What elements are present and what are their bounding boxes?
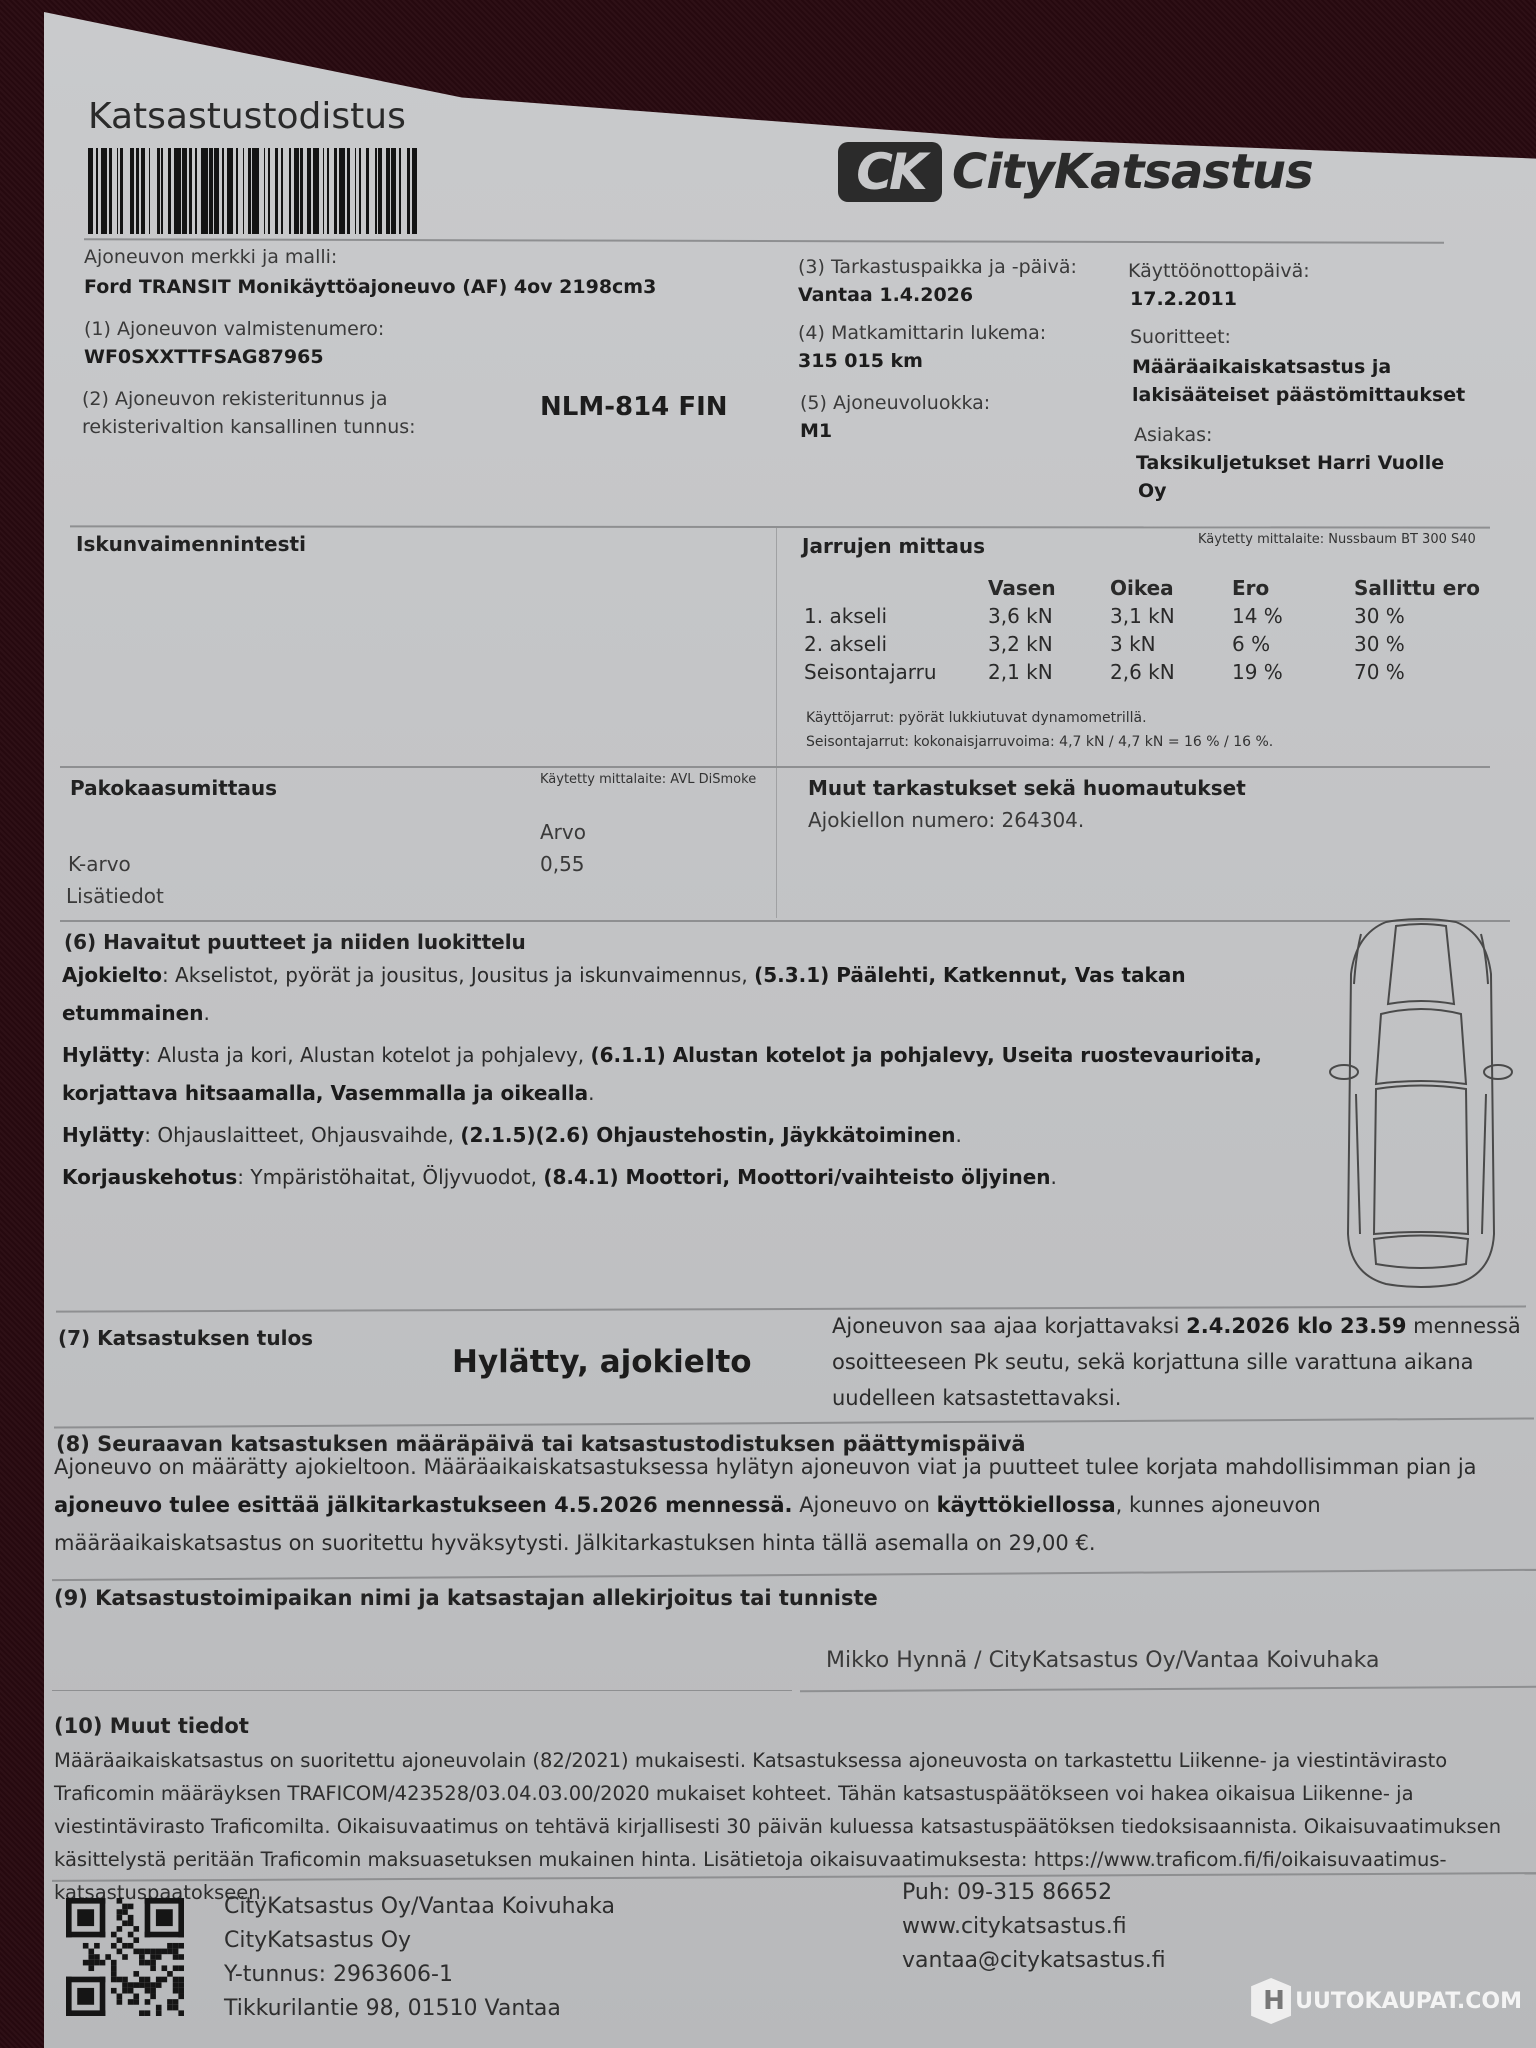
exhaust-device: Käytetty mittalaite: AVL DiSmoke [540,772,756,787]
brakes-note-2: Seisontajarrut: kokonaisjarruvoima: 4,7 … [806,734,1273,750]
next-inspection-deadline: ajoneuvo tulee esittää jälkitarkastuksee… [54,1493,793,1517]
brakes-table: VasenOikeaEroSallittu ero1. akseli3,6 kN… [804,574,1484,686]
signature-heading: (9) Katsastustoimipaikan nimi ja katsast… [54,1586,878,1610]
exhaust-extra-label: Lisätiedot [66,884,164,908]
other-info-heading: (10) Muut tiedot [54,1714,249,1738]
table-row: Seisontajarru2,1 kN2,6 kN19 %70 % [804,658,1484,686]
next-inspection-text-part: Ajoneuvo on määrätty ajokieltoon. Määräa… [54,1455,1477,1479]
defect-class: Hylätty [62,1123,144,1147]
result-note-deadline: 2.4.2026 klo 23.59 [1186,1314,1406,1338]
divider [60,920,1510,922]
qr-code-icon [66,1898,184,2016]
registration-label-line2: rekisterivaltion kansallinen tunnus: [82,416,416,438]
divider [776,528,777,918]
document-title: Katsastustodistus [88,96,406,137]
table-row: 2. akseli3,2 kN3 kN6 %30 % [804,630,1484,658]
brakes-header-row: VasenOikeaEroSallittu ero [804,574,1484,602]
odometer-label: (4) Matkamittarin lukema: [798,322,1046,344]
brand-logo: CK CityKatsastus [838,142,1313,202]
table-cell: 6 % [1232,630,1354,658]
defect-item: Hylätty: Ohjauslaitteet, Ohjausvaihde, (… [62,1116,1302,1154]
table-cell: 70 % [1354,658,1484,686]
column-header: Sallittu ero [1354,574,1484,602]
vin-value: WF0SXXTTFSAG87965 [84,346,324,368]
column-header [804,574,988,602]
brand-name: CityKatsastus [952,144,1313,200]
defect-detail: (8.4.1) Moottori, Moottori/vaihteisto öl… [543,1165,1050,1189]
place-date-value: Vantaa 1.4.2026 [798,284,973,306]
vehicle-class-value: M1 [800,420,832,442]
defect-item: Korjauskehotus: Ympäristöhaitat, Öljyvuo… [62,1158,1302,1196]
brakes-device: Käytetty mittalaite: Nussbaum BT 300 S40 [1198,532,1476,547]
column-header: Vasen [988,574,1110,602]
place-date-label: (3) Tarkastuspaikka ja -päivä: [798,256,1077,278]
defect-class: Hylätty [62,1043,144,1067]
defect-end: . [203,1001,209,1025]
table-cell: 3 kN [1110,630,1232,658]
address-line: CityKatsastus Oy/Vantaa Koivuhaka [224,1890,615,1924]
table-cell: 3,1 kN [1110,602,1232,630]
brand-mark-icon: CK [838,142,942,202]
performed-line2: lakisääteiset päästömittaukset [1132,384,1465,406]
brakes-note-1: Käyttöjarrut: pyörät lukkiutuvat dynamom… [806,710,1147,726]
email-link[interactable]: vantaa@citykatsastus.fi [902,1944,1166,1978]
column-header: Ero [1232,574,1354,602]
next-inspection-text: Ajoneuvo on määrätty ajokieltoon. Määräa… [54,1448,1536,1562]
table-cell: 30 % [1354,602,1484,630]
vin-label: (1) Ajoneuvon valmistenumero: [84,318,384,340]
table-row: 1. akseli3,6 kN3,1 kN14 %30 % [804,602,1484,630]
column-header: Oikea [1110,574,1232,602]
customer-label: Asiakas: [1134,424,1212,446]
table-cell: 2,6 kN [1110,658,1232,686]
defect-class: Ajokielto [62,963,162,987]
table-cell: 2,1 kN [988,658,1110,686]
defect-end: . [1051,1165,1057,1189]
table-cell: 2. akseli [804,630,988,658]
usage-ban-text: käyttökiellossa [937,1493,1116,1517]
defect-class: Korjauskehotus [62,1165,237,1189]
k-value-label: K-arvo [68,852,131,876]
table-cell: 3,6 kN [988,602,1110,630]
customer-line2: Oy [1138,480,1167,502]
table-cell: 14 % [1232,602,1354,630]
customer-line1: Taksikuljetukset Harri Vuolle [1136,452,1444,474]
defect-item: Hylätty: Alusta ja kori, Alustan kotelot… [62,1036,1302,1112]
make-model-value: Ford TRANSIT Monikäyttöajoneuvo (AF) 4ov… [84,276,656,298]
performed-label: Suoritteet: [1130,326,1231,348]
signature-line [52,1690,792,1691]
table-cell: 19 % [1232,658,1354,686]
exhaust-heading: Pakokaasumittaus [70,776,277,800]
other-info-text: Määräaikaiskatsastus on suoritettu ajone… [54,1744,1534,1909]
watermark: UUTOKAUPAT.COM [1251,1978,1522,2024]
defects-heading: (6) Havaitut puutteet ja niiden luokitte… [64,930,526,954]
website-link[interactable]: www.citykatsastus.fi [902,1910,1166,1944]
exhaust-value-header: Arvo [540,820,586,844]
next-inspection-text-part: Ajoneuvo on [793,1493,937,1517]
result-note: Ajoneuvon saa ajaa korjattavaksi 2.4.202… [832,1308,1522,1416]
first-use-label: Käyttöönottopäivä: [1128,260,1310,282]
watermark-logo-icon [1251,1978,1291,2024]
shock-test-heading: Iskunvaimennintesti [76,532,306,556]
result-value: Hylätty, ajokielto [452,1344,752,1380]
watermark-text: UUTOKAUPAT.COM [1295,1989,1522,2014]
k-value: 0,55 [540,852,585,876]
registration-value: NLM-814 FIN [540,392,728,422]
odometer-value: 315 015 km [798,350,923,372]
defect-description: : Akselistot, pyörät ja jousitus, Jousit… [162,963,754,987]
other-checks-text: Ajokiellon numero: 264304. [808,808,1084,832]
defect-end: . [588,1081,594,1105]
barcode [88,148,700,234]
table-cell: 30 % [1354,630,1484,658]
result-note-text: Ajoneuvon saa ajaa korjattavaksi [832,1314,1186,1338]
defect-description: : Ohjauslaitteet, Ohjausvaihde, [144,1123,460,1147]
performed-line1: Määräaikaiskatsastus ja [1132,356,1391,378]
table-cell: 3,2 kN [988,630,1110,658]
defect-description: : Alusta ja kori, Alustan kotelot ja poh… [144,1043,590,1067]
phone-number: Puh: 09-315 86652 [902,1876,1166,1910]
station-address: CityKatsastus Oy/Vantaa Koivuhaka CityKa… [224,1890,615,2026]
first-use-value: 17.2.2011 [1130,288,1237,310]
registration-label-line1: (2) Ajoneuvon rekisteritunnus ja [82,388,388,410]
address-line: Y-tunnus: 2963606-1 [224,1958,615,1992]
address-line: CityKatsastus Oy [224,1924,615,1958]
car-top-view-icon [1326,914,1516,1294]
defect-end: . [956,1123,962,1147]
defect-detail: (2.1.5)(2.6) Ohjaustehostin, Jäykkätoimi… [460,1123,955,1147]
defects-list: Ajokielto: Akselistot, pyörät ja jousitu… [62,956,1302,1200]
table-cell: 1. akseli [804,602,988,630]
address-line: Tikkurilantie 98, 01510 Vantaa [224,1992,615,2026]
divider [60,766,1490,768]
defect-item: Ajokielto: Akselistot, pyörät ja jousitu… [62,956,1302,1032]
table-cell: Seisontajarru [804,658,988,686]
vehicle-class-label: (5) Ajoneuvoluokka: [800,392,990,414]
make-model-label: Ajoneuvon merkki ja malli: [84,246,337,268]
result-heading: (7) Katsastuksen tulos [58,1326,313,1350]
other-checks-heading: Muut tarkastukset sekä huomautukset [808,776,1246,800]
defect-description: : Ympäristöhaitat, Öljyvuodot, [237,1165,543,1189]
inspector-signature: Mikko Hynnä / CityKatsastus Oy/Vantaa Ko… [826,1648,1380,1673]
brakes-heading: Jarrujen mittaus [802,534,985,558]
station-contacts: Puh: 09-315 86652 www.citykatsastus.fi v… [902,1876,1166,1978]
